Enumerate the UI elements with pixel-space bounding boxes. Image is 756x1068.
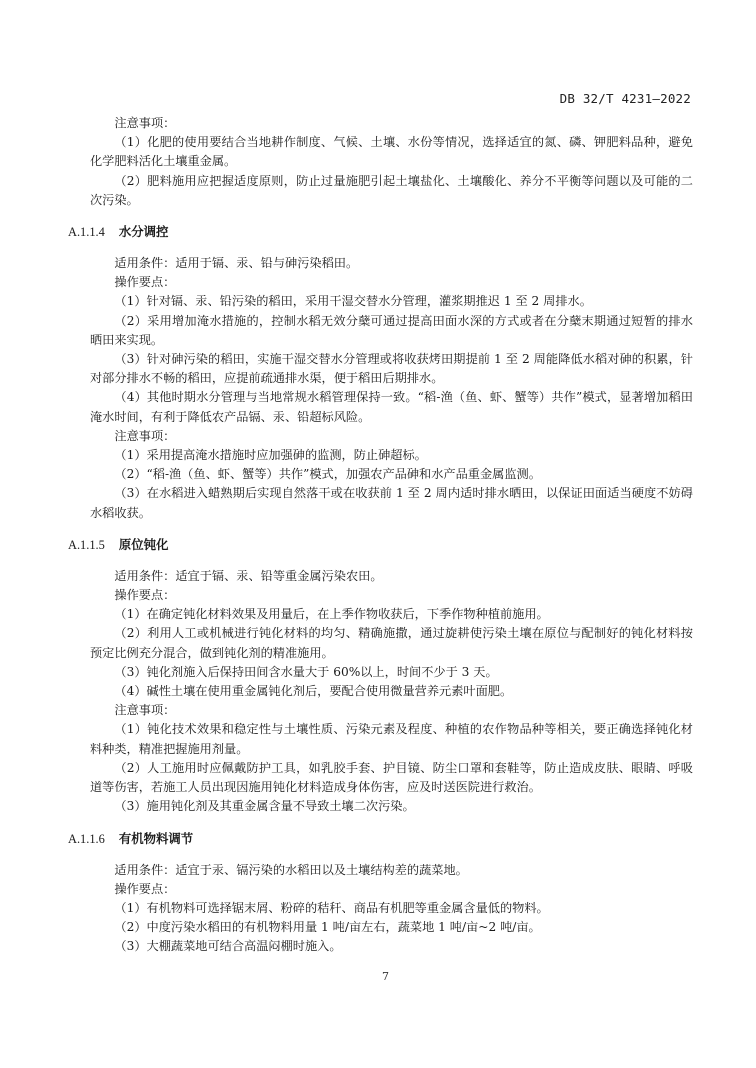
paragraph: （3）施用钝化剂及其重金属含量不导致土壤二次污染。	[90, 797, 693, 816]
paragraph: 注意事项：	[90, 701, 693, 720]
section-heading: A.1.1.6有机物料调节	[68, 829, 693, 849]
paragraph: 操作要点：	[90, 586, 693, 605]
paragraph: 操作要点：	[90, 880, 693, 899]
notes-label: 注意事项：	[90, 114, 693, 133]
paragraph: （1）有机物料可选择锯末屑、粉碎的秸秆、商品有机肥等重金属含量低的物料。	[90, 899, 693, 918]
section-title: 原位钝化	[119, 537, 169, 552]
section-number: A.1.1.5	[68, 538, 105, 552]
paragraph: 适用条件：适宜于镉、汞、铅等重金属污染农田。	[90, 567, 693, 586]
paragraph: （3）大棚蔬菜地可结合高温闷棚时施入。	[90, 937, 693, 956]
section-title: 有机物料调节	[119, 831, 193, 846]
paragraph: 注意事项：	[90, 427, 693, 446]
paragraph: （2）利用人工或机械进行钝化材料的均匀、精确施撒，通过旋耕使污染土壤在原位与配制…	[90, 624, 693, 662]
note-item: （2）肥料施用应把握适度原则，防止过量施肥引起土壤盐化、土壤酸化、养分不平衡等问…	[90, 172, 693, 210]
paragraph: （1）钝化技术效果和稳定性与土壤性质、污染元素及程度、种植的农作物品种等相关，要…	[90, 720, 693, 758]
section-number: A.1.1.4	[68, 225, 105, 239]
section-heading: A.1.1.4水分调控	[68, 222, 693, 242]
paragraph: （3）在水稻进入蜡熟期后实现自然落干或在收获前 1 至 2 周内适时排水晒田，以…	[90, 484, 693, 522]
section-number: A.1.1.6	[68, 832, 105, 846]
section-title: 水分调控	[119, 224, 169, 239]
paragraph: （4）碱性土壤在使用重金属钝化剂后，要配合使用微量营养元素叶面肥。	[90, 682, 693, 701]
paragraph: （2）采用增加淹水措施的，控制水稻无效分蘖可通过提高田面水深的方式或者在分蘖末期…	[90, 312, 693, 350]
paragraph: （1）针对镉、汞、铅污染的稻田，采用干湿交替水分管理，灌浆期推迟 1 至 2 周…	[90, 292, 693, 311]
page-number: 7	[382, 970, 389, 983]
paragraph: 操作要点：	[90, 273, 693, 292]
standard-code: DB 32/T 4231—2022	[560, 91, 691, 106]
paragraph: 适用条件：适宜于汞、镉污染的水稻田以及土壤结构差的蔬菜地。	[90, 861, 693, 880]
paragraph: （2）“稻-渔（鱼、虾、蟹等）共作”模式，加强农产品砷和水产品重金属监测。	[90, 465, 693, 484]
paragraph: （2）人工施用时应佩戴防护工具，如乳胶手套、护目镜、防尘口罩和套鞋等，防止造成皮…	[90, 759, 693, 797]
paragraph: （1）采用提高淹水措施时应加强砷的监测，防止砷超标。	[90, 446, 693, 465]
document-page: DB 32/T 4231—2022 注意事项： （1）化肥的使用要结合当地耕作制…	[0, 0, 756, 1068]
document-body: 注意事项： （1）化肥的使用要结合当地耕作制度、气候、土壤、水份等情况，选择适宜…	[90, 114, 693, 957]
note-item: （1）化肥的使用要结合当地耕作制度、气候、土壤、水份等情况，选择适宜的氮、磷、钾…	[90, 133, 693, 171]
paragraph: （3）针对砷污染的稻田，实施干湿交替水分管理或将收获烤田期提前 1 至 2 周能…	[90, 350, 693, 388]
section-heading: A.1.1.5原位钝化	[68, 535, 693, 555]
paragraph: （1）在确定钝化材料效果及用量后，在上季作物收获后，下季作物种植前施用。	[90, 605, 693, 624]
paragraph: （3）钝化剂施入后保持田间含水量大于 60%以上，时间不少于 3 天。	[90, 663, 693, 682]
paragraph: （4）其他时期水分管理与当地常规水稻管理保持一致。“稻-渔（鱼、虾、蟹等）共作”…	[90, 388, 693, 426]
paragraph: （2）中度污染水稻田的有机物料用量 1 吨/亩左右，蔬菜地 1 吨/亩~2 吨/…	[90, 918, 693, 937]
paragraph: 适用条件：适用于镉、汞、铅与砷污染稻田。	[90, 254, 693, 273]
